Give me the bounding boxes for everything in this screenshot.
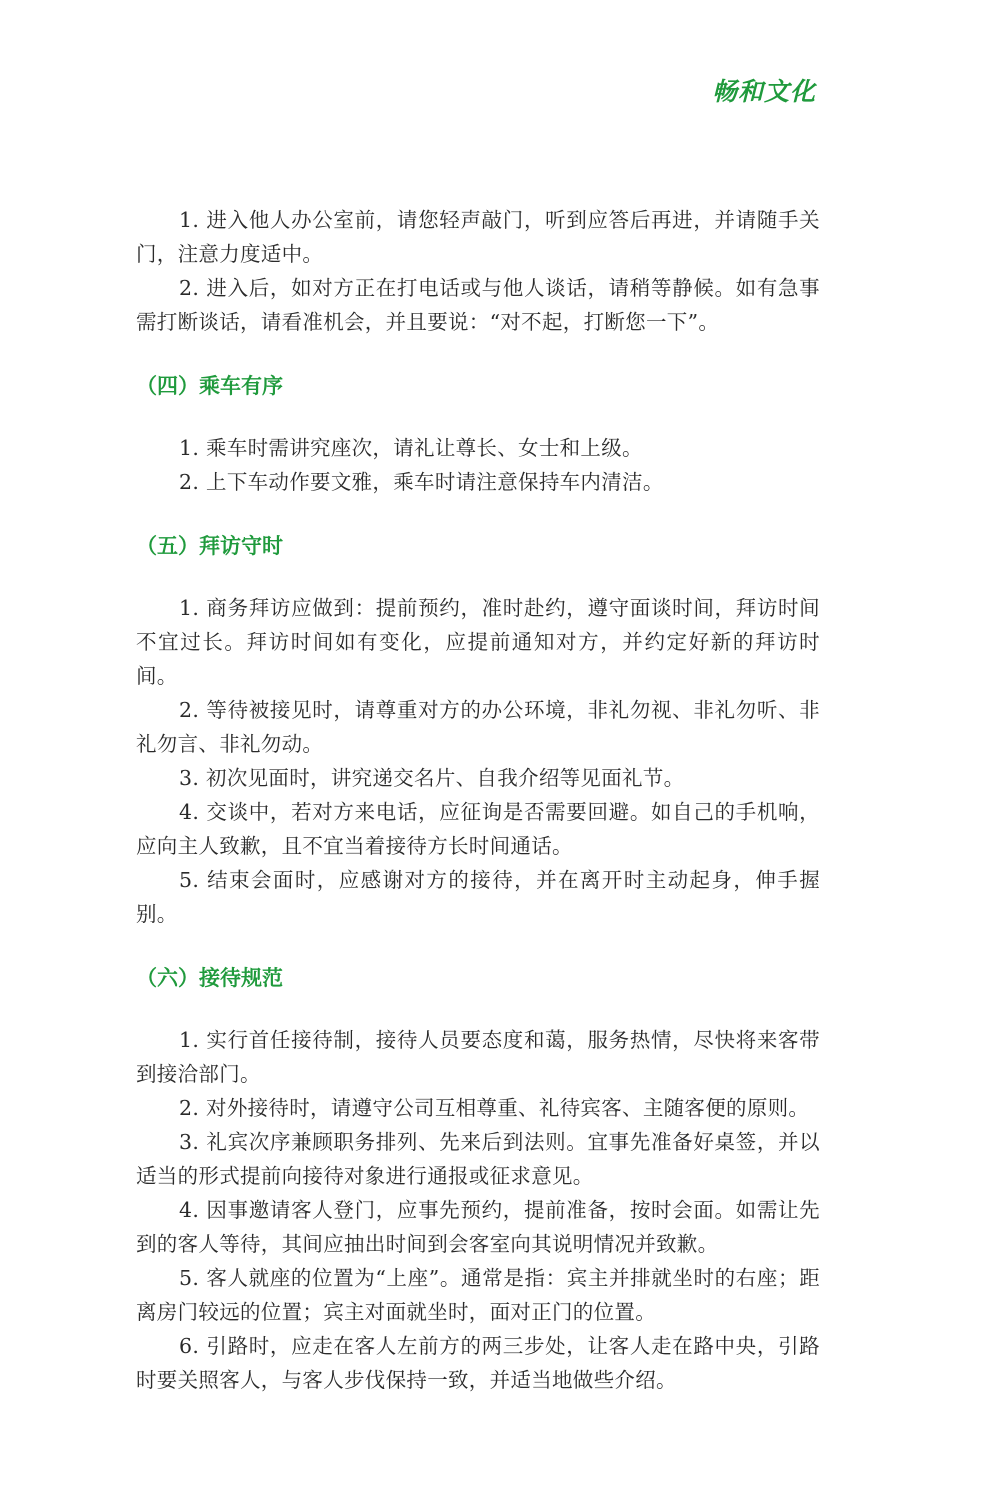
paragraph: 4. 因事邀请客人登门，应事先预约，提前准备，按时会面。如需让先到的客人等待，其…: [136, 1193, 820, 1261]
paragraph: 1. 进入他人办公室前，请您轻声敲门，听到应答后再进，并请随手关门，注意力度适中…: [136, 203, 820, 271]
section-heading: （六）接待规范: [136, 963, 820, 993]
paragraph: 3. 初次见面时，讲究递交名片、自我介绍等见面礼节。: [136, 761, 820, 795]
section-heading: （四）乘车有序: [136, 371, 820, 401]
paragraph: 5. 结束会面时，应感谢对方的接待，并在离开时主动起身，伸手握别。: [136, 863, 820, 931]
section-reception: （六）接待规范 1. 实行首任接待制，接待人员要态度和蔼，服务热情，尽快将来客带…: [136, 963, 820, 1397]
paragraph: 3. 礼宾次序兼顾职务排列、先来后到法则。宜事先准备好桌签，并以适当的形式提前向…: [136, 1125, 820, 1193]
paragraph: 2. 上下车动作要文雅，乘车时请注意保持车内清洁。: [136, 465, 820, 499]
paragraph: 1. 乘车时需讲究座次，请礼让尊长、女士和上级。: [136, 431, 820, 465]
paragraph: 2. 进入后，如对方正在打电话或与他人谈话，请稍等静候。如有急事需打断谈话，请看…: [136, 271, 820, 339]
paragraph: 1. 商务拜访应做到：提前预约，准时赴约，遵守面谈时间，拜访时间不宜过长。拜访时…: [136, 591, 820, 693]
page-content: 1. 进入他人办公室前，请您轻声敲门，听到应答后再进，并请随手关门，注意力度适中…: [136, 203, 820, 1397]
paragraph: 6. 引路时，应走在客人左前方的两三步处，让客人走在路中央，引路时要关照客人，与…: [136, 1329, 820, 1397]
paragraph: 5. 客人就座的位置为“上座”。通常是指：宾主并排就坐时的右座；距离房门较远的位…: [136, 1261, 820, 1329]
paragraph: 1. 实行首任接待制，接待人员要态度和蔼，服务热情，尽快将来客带到接洽部门。: [136, 1023, 820, 1091]
brand-logo: 畅和文化: [712, 72, 816, 108]
intro-section: 1. 进入他人办公室前，请您轻声敲门，听到应答后再进，并请随手关门，注意力度适中…: [136, 203, 820, 339]
section-visiting: （五）拜访守时 1. 商务拜访应做到：提前预约，准时赴约，遵守面谈时间，拜访时间…: [136, 531, 820, 931]
paragraph: 2. 等待被接见时，请尊重对方的办公环境，非礼勿视、非礼勿听、非礼勿言、非礼勿动…: [136, 693, 820, 761]
paragraph: 4. 交谈中，若对方来电话，应征询是否需要回避。如自己的手机响，应向主人致歉，且…: [136, 795, 820, 863]
section-riding: （四）乘车有序 1. 乘车时需讲究座次，请礼让尊长、女士和上级。 2. 上下车动…: [136, 371, 820, 499]
paragraph: 2. 对外接待时，请遵守公司互相尊重、礼待宾客、主随客便的原则。: [136, 1091, 820, 1125]
section-heading: （五）拜访守时: [136, 531, 820, 561]
